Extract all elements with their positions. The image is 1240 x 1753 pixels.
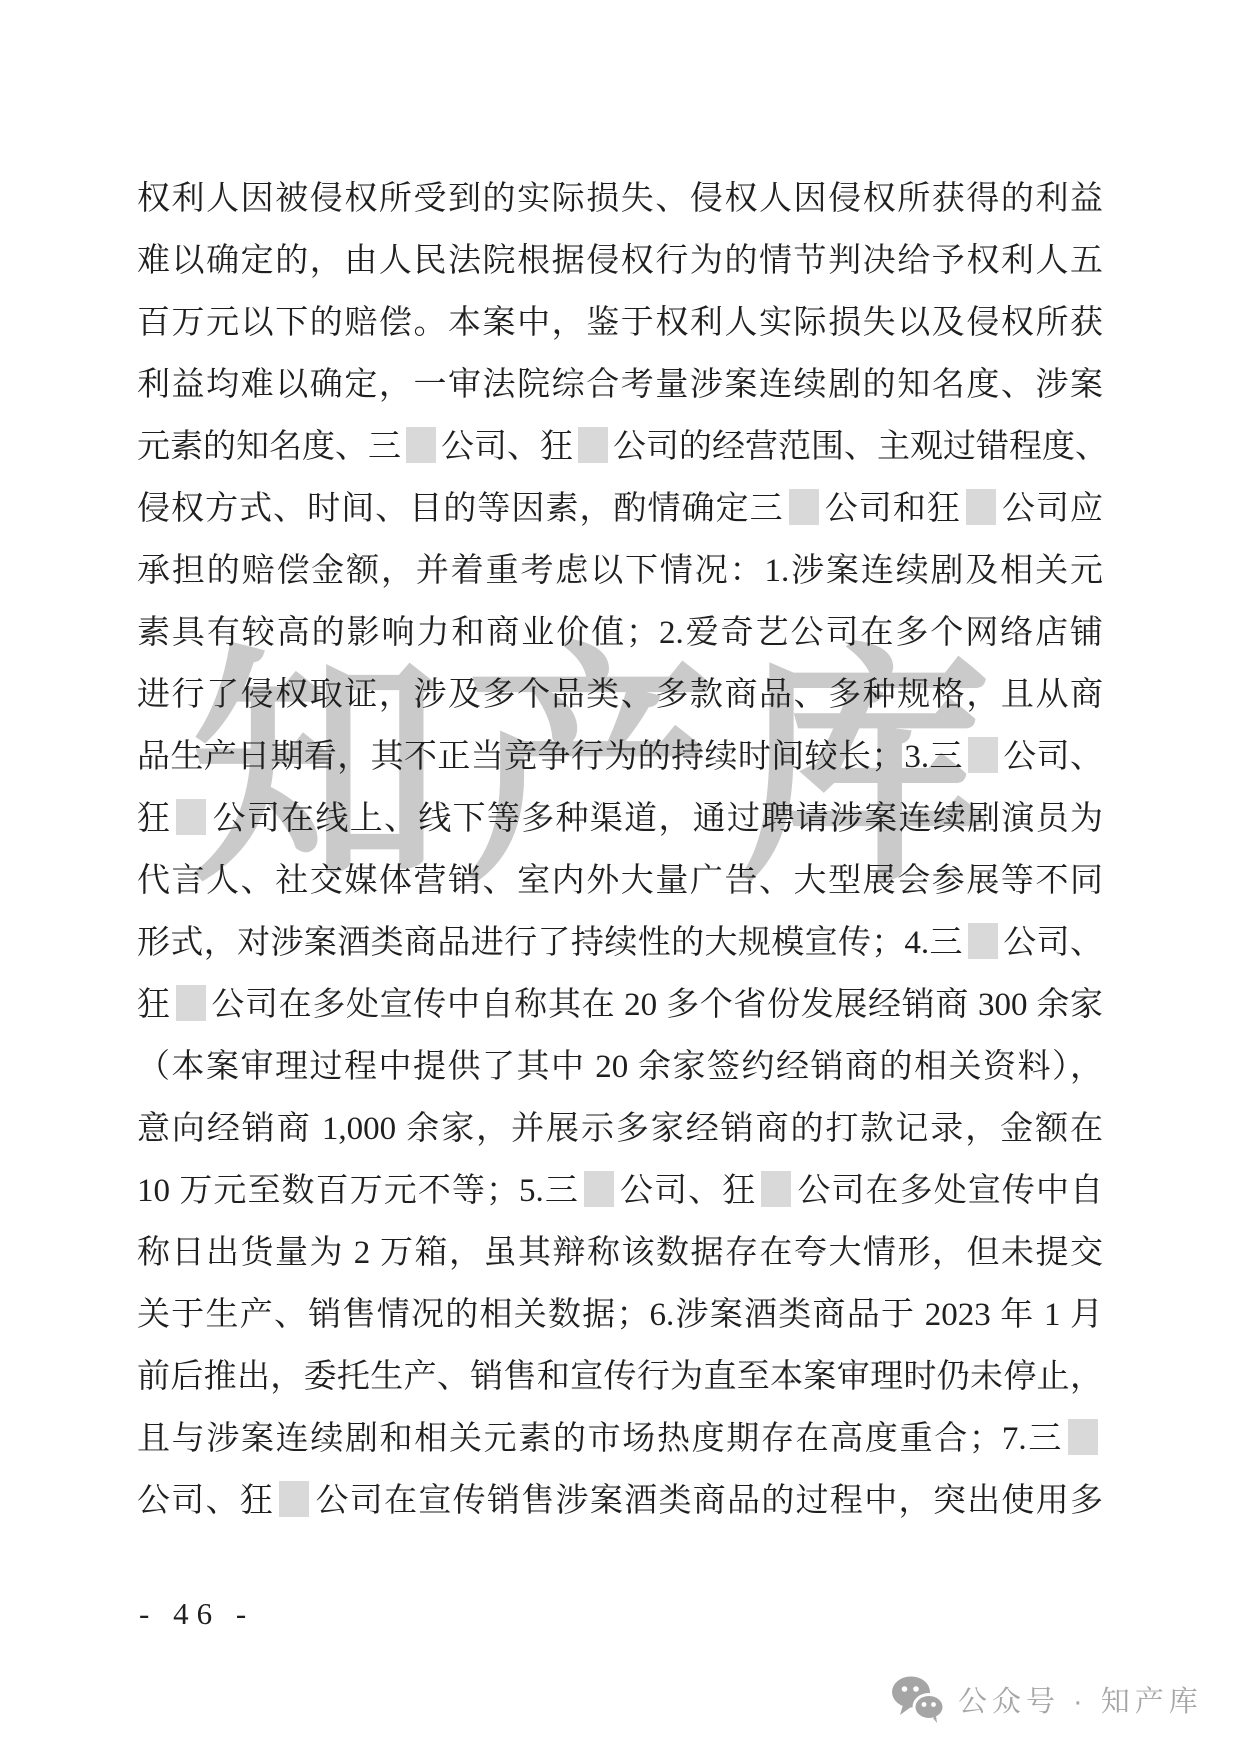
redaction-box [968,923,998,959]
text-line: 10 万元至数百万元不等；5.三公司、狂公司在多处宣传中自 [137,1160,1103,1222]
page-number: - 46 - [139,1596,254,1632]
text-line: 进行了侵权取证，涉及多个品类、多款商品、多种规格，且从商 [137,664,1103,726]
text-line: 公司、狂公司在宣传销售涉案酒类商品的过程中，突出使用多 [137,1470,1103,1532]
redaction-box [176,799,206,835]
text-line: 百万元以下的赔偿。本案中，鉴于权利人实际损失以及侵权所获 [137,292,1103,354]
text-line: 素具有较高的影响力和商业价值；2.爱奇艺公司在多个网络店铺 [137,602,1103,664]
redaction-box [584,1171,614,1207]
redaction-box [966,489,996,525]
text-line: 形式，对涉案酒类商品进行了持续性的大规模宣传；4.三公司、 [137,912,1103,974]
redaction-box [578,427,608,463]
text-line: 难以确定的，由人民法院根据侵权行为的情节判决给予权利人五 [137,230,1103,292]
text-line: 关于生产、销售情况的相关数据；6.涉案酒类商品于 2023 年 1 月 [137,1284,1103,1346]
text-line: 元素的知名度、三公司、狂公司的经营范围、主观过错程度、 [137,416,1103,478]
text-line: 狂公司在线上、线下等多种渠道，通过聘请涉案连续剧演员为 [137,788,1103,850]
text-line: 且与涉案连续剧和相关元素的市场热度期存在高度重合；7.三 [137,1408,1103,1470]
redaction-box [789,489,819,525]
redaction-box [176,985,206,1021]
text-line: 代言人、社交媒体营销、室内外大量广告、大型展会参展等不同 [137,850,1103,912]
redaction-box [1068,1419,1098,1455]
text-line: 意向经销商 1,000 余家，并展示多家经销商的打款记录，金额在 [137,1098,1103,1160]
document-page: 知产库 权利人因被侵权所受到的实际损失、侵权人因侵权所获得的利益难以确定的，由人… [0,0,1240,1753]
text-line: 称日出货量为 2 万箱，虽其辩称该数据存在夸大情形，但未提交 [137,1222,1103,1284]
footer-label: 公众号 · 知产库 [958,1679,1203,1720]
text-line: （本案审理过程中提供了其中 20 余家签约经销商的相关资料）， [137,1036,1103,1098]
text-line: 承担的赔偿金额，并着重考虑以下情况：1.涉案连续剧及相关元 [137,540,1103,602]
redaction-box [279,1481,309,1517]
text-line: 利益均难以确定，一审法院综合考量涉案连续剧的知名度、涉案 [137,354,1103,416]
text-line: 狂公司在多处宣传中自称其在 20 多个省份发展经销商 300 余家 [137,974,1103,1036]
text-line: 权利人因被侵权所受到的实际损失、侵权人因侵权所获得的利益 [137,168,1103,230]
footer: 公众号 · 知产库 [891,1676,1203,1723]
redaction-box [968,737,998,773]
redaction-box [406,427,436,463]
text-line: 品生产日期看，其不正当竞争行为的持续时间较长；3.三公司、 [137,726,1103,788]
wechat-icon [891,1676,945,1723]
text-line: 前后推出，委托生产、销售和宣传行为直至本案审理时仍未停止， [137,1346,1103,1408]
document-body: 权利人因被侵权所受到的实际损失、侵权人因侵权所获得的利益难以确定的，由人民法院根… [137,168,1103,1532]
redaction-box [761,1171,791,1207]
text-line: 侵权方式、时间、目的等因素，酌情确定三公司和狂公司应 [137,478,1103,540]
